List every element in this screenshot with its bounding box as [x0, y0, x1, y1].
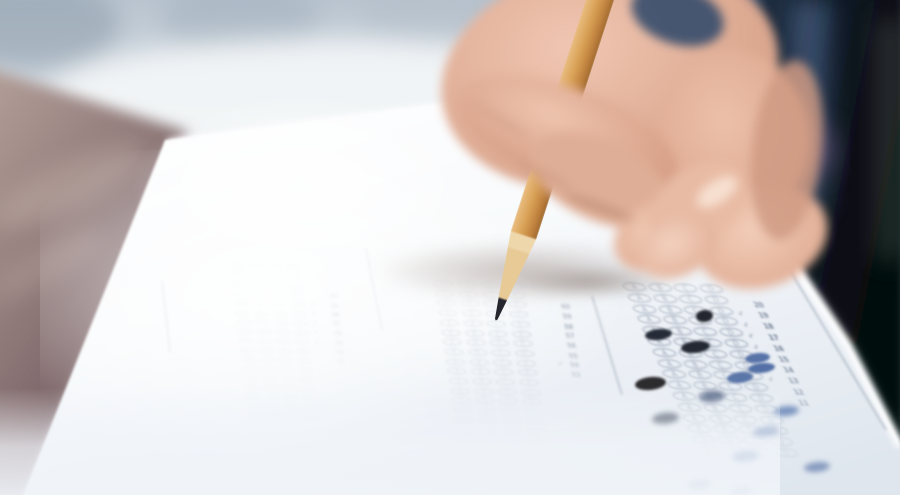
bubble-row: ABCD [435, 291, 530, 302]
bubble-row: ABCD [455, 418, 550, 429]
option-bubble: B [457, 281, 477, 288]
option-bubble: D [298, 376, 314, 382]
option-bubble: D [288, 292, 304, 298]
option-bubble: D [522, 398, 542, 405]
option-bubble: C [267, 273, 283, 279]
option-bubble: D [752, 404, 779, 414]
option-bubble: A [691, 435, 718, 445]
option-bubble: A [439, 319, 459, 326]
light-wash [300, 200, 630, 410]
option-bubble: A [236, 319, 252, 325]
option-bubble: A [230, 272, 246, 278]
option-bubble: A [436, 299, 456, 306]
option-bubble: C [722, 393, 749, 403]
option-bubble: A [676, 402, 703, 412]
option-bubble: B [661, 315, 688, 325]
option-bubble: D [772, 448, 799, 458]
light-wash [40, 150, 540, 480]
option-bubble: A [242, 366, 258, 372]
background-window-blur [0, 0, 610, 150]
bubble-row: ABCD [693, 440, 800, 454]
option-bubble: C [732, 414, 759, 424]
option-bubble: B [472, 378, 492, 385]
answer-sheet-grid: ABCDABCDABCDABCDABCD40ABCD✓39ABCD✓38ABCD… [0, 0, 900, 495]
desk-dark-surface [755, 0, 900, 468]
bubble-row: ABCD40 [233, 291, 308, 300]
filled-bubble-mark [695, 309, 713, 323]
bubble-row: ABCD [618, 276, 725, 290]
bubble-row: ABCD✓14 [658, 363, 765, 377]
bubble-row: ABCD34 [239, 347, 314, 356]
question-number: 33 [336, 357, 345, 365]
answer-sheet-paper [22, 100, 900, 495]
question-number: 59 [562, 313, 572, 321]
option-bubble: D [717, 328, 744, 338]
option-bubble: B [463, 319, 483, 326]
paper-printed-border [762, 224, 886, 430]
bubble-row: ABCD [242, 366, 317, 375]
option-bubble: D [290, 311, 306, 317]
option-bubble: C [717, 382, 744, 392]
option-bubble: C [283, 403, 299, 409]
bubble-row: ABCD53 [447, 369, 542, 380]
option-bubble: B [681, 359, 708, 369]
option-bubble: D [747, 393, 774, 403]
option-bubble: A [656, 359, 683, 369]
light-wash [130, 95, 470, 275]
filled-bubble-mark [773, 405, 800, 418]
option-bubble: B [250, 282, 266, 288]
option-bubble: C [480, 281, 500, 288]
check-mark: ✓ [766, 375, 776, 384]
question-number: 58 [563, 322, 573, 330]
option-bubble: D [303, 413, 319, 419]
question-number: 18 [762, 322, 776, 331]
bubble-row: ABCD59 [438, 311, 533, 322]
option-bubble: A [457, 436, 477, 443]
option-bubble: B [701, 403, 728, 413]
hand-back [423, 0, 798, 218]
option-bubble: D [291, 320, 307, 326]
option-bubble: D [285, 264, 301, 270]
option-bubble: D [508, 311, 528, 318]
option-bubble: B [476, 407, 496, 414]
bubble-row: ABCD [456, 428, 551, 439]
option-bubble: B [671, 337, 698, 347]
filled-bubble-mark [651, 411, 679, 425]
option-bubble: B [249, 273, 265, 279]
option-bubble: D [517, 369, 537, 376]
option-bubble: A [229, 263, 245, 269]
option-bubble: B [254, 319, 270, 325]
option-bubble: D [293, 329, 309, 335]
option-bubble: A [631, 304, 658, 314]
option-bubble: C [707, 360, 734, 370]
option-bubble: B [481, 436, 501, 443]
check-mark: ✓ [756, 353, 766, 362]
option-bubble: B [691, 381, 718, 391]
bubble-row: ABCD✓36 [237, 329, 312, 338]
option-bubble: B [461, 310, 481, 317]
option-bubble: D [286, 273, 302, 279]
bubble-row: ABCD [452, 399, 547, 410]
option-bubble: C [488, 330, 508, 337]
option-bubble: D [301, 394, 317, 400]
bubble-row: ABCD33 [241, 357, 316, 366]
option-bubble: D [767, 437, 794, 447]
option-bubble: B [666, 326, 693, 336]
option-bubble: D [297, 367, 313, 373]
option-bubble: D [514, 350, 534, 357]
option-bubble: B [716, 436, 743, 446]
option-bubble: D [520, 389, 540, 396]
filled-bubble-mark [726, 370, 753, 384]
option-bubble: D [732, 360, 759, 370]
option-bubble: C [692, 327, 719, 337]
option-bubble: D [289, 301, 305, 307]
option-bubble: C [702, 349, 729, 359]
bubble-row: ABCD✓54 [446, 360, 541, 371]
bubble-row: ABCD [623, 287, 730, 301]
bubble-row: ABCD [228, 254, 303, 263]
option-bubble: A [438, 309, 458, 316]
question-number: 14 [782, 365, 796, 374]
option-bubble: C [504, 437, 524, 444]
column-separator-line [162, 280, 170, 352]
option-bubble: D [516, 359, 536, 366]
option-bubble: B [256, 329, 272, 335]
option-bubble: C [687, 316, 714, 326]
question-number: 15 [777, 354, 791, 363]
index-finger-middle [631, 144, 762, 267]
option-bubble: C [483, 300, 503, 307]
option-bubble: D [504, 282, 524, 289]
bubble-row: ABCD✓39 [234, 301, 309, 310]
thumb-lower [515, 112, 685, 248]
option-bubble: B [266, 412, 282, 418]
option-bubble: B [475, 397, 495, 404]
question-number: 11 [797, 398, 811, 407]
filled-bubble-mark [680, 340, 710, 355]
option-bubble: A [234, 300, 250, 306]
option-bubble: A [626, 293, 653, 303]
option-bubble: C [697, 338, 724, 348]
option-bubble: D [697, 284, 724, 294]
filled-bubble-mark [634, 375, 666, 391]
filled-bubble-mark [687, 479, 712, 491]
option-bubble: A [237, 328, 253, 334]
option-bubble: A [621, 282, 648, 292]
bubble-row: ABCD [434, 282, 529, 293]
desk-left-surface [0, 62, 188, 495]
option-bubble: C [677, 294, 704, 304]
option-bubble: A [454, 416, 474, 423]
option-bubble: B [253, 310, 269, 316]
option-bubble: A [241, 356, 257, 362]
thumb-tip [602, 184, 717, 286]
option-bubble: A [235, 310, 251, 316]
option-bubble: A [246, 403, 262, 409]
option-bubble: D [526, 428, 546, 435]
filled-bubble-mark [744, 352, 770, 365]
bubble-row: ABCD [246, 403, 321, 412]
option-bubble: A [651, 348, 678, 358]
option-bubble: C [278, 357, 294, 363]
option-bubble: D [712, 317, 739, 327]
option-bubble: A [244, 384, 260, 390]
question-number: 37 [332, 320, 341, 328]
sleeve-and-chair-blur [500, 0, 845, 130]
option-bubble: B [676, 348, 703, 358]
check-mark: ✓ [746, 331, 756, 340]
bubble-row: ABCD56 [443, 340, 538, 351]
option-bubble: D [707, 306, 734, 316]
option-bubble: A [239, 347, 255, 353]
filled-bubble-mark [644, 327, 672, 341]
curled-fingers [682, 169, 841, 306]
light-wash [0, 388, 780, 495]
option-bubble: B [464, 329, 484, 336]
option-bubble: B [257, 338, 273, 344]
question-number: 57 [565, 332, 575, 340]
option-bubble: B [651, 294, 678, 304]
option-bubble: C [282, 394, 298, 400]
hand-shadow [370, 240, 670, 302]
option-bubble: B [265, 403, 281, 409]
question-number: 12 [792, 387, 806, 396]
option-bubble: D [510, 320, 530, 327]
bubble-row: ABCD [678, 407, 785, 421]
option-bubble: B [469, 358, 489, 365]
bubble-row: ABCD✓17 [643, 331, 750, 345]
option-bubble: A [233, 291, 249, 297]
check-mark: ✓ [309, 300, 315, 308]
option-bubble: A [686, 424, 713, 434]
question-number: 39 [330, 301, 339, 309]
column-separator-line [366, 248, 382, 330]
bubble-row: ABCD58 [440, 321, 535, 332]
bubble-row: ABCD57 [441, 330, 536, 341]
option-bubble: A [444, 348, 464, 355]
check-mark: ✓ [311, 309, 317, 317]
background-sky [0, 0, 900, 495]
question-number: 55 [568, 351, 578, 359]
check-mark: ✓ [314, 337, 320, 345]
filled-marks [0, 0, 900, 495]
question-number: 20 [752, 300, 766, 309]
filled-bubble-mark [731, 449, 759, 463]
option-bubble: C [284, 413, 300, 419]
option-bubble: B [460, 300, 480, 307]
option-bubble: D [299, 385, 315, 391]
bubble-row: ABCD [230, 273, 305, 282]
bubble-row: ABCD✓38 [235, 310, 310, 319]
bubble-row: ABCD12 [668, 385, 775, 399]
option-bubble: C [497, 388, 517, 395]
option-bubble: D [513, 340, 533, 347]
filled-bubble-mark [747, 362, 775, 375]
sleeve-gap [623, 0, 731, 57]
bubble-row: ABCD✓13 [663, 374, 770, 388]
option-bubble: B [721, 447, 748, 457]
option-bubble: B [479, 427, 499, 434]
filled-bubble-mark [698, 389, 725, 403]
option-bubble: C [489, 339, 509, 346]
column-separator-line [592, 296, 622, 395]
paper-edge-highlight [470, 102, 900, 446]
option-bubble: B [248, 263, 264, 269]
option-bubble: C [274, 329, 290, 335]
option-bubble: D [727, 349, 754, 359]
option-bubble: B [258, 347, 274, 353]
bubble-row: ABCD✓15 [653, 352, 760, 366]
option-bubble: B [711, 425, 738, 435]
option-bubble: D [737, 371, 764, 381]
thumb [443, 52, 692, 220]
option-bubble: B [656, 305, 683, 315]
option-bubble: A [456, 426, 476, 433]
option-bubble: C [482, 291, 502, 298]
option-bubble: D [511, 330, 531, 337]
option-bubble: C [275, 338, 291, 344]
option-bubble: B [251, 291, 267, 297]
option-bubble: B [252, 301, 268, 307]
option-bubble: C [727, 403, 754, 413]
option-bubble: C [271, 301, 287, 307]
filled-bubble-mark [804, 461, 831, 474]
bubble-row: ABCD [450, 389, 545, 400]
option-bubble: A [247, 412, 263, 418]
question-number: 19 [757, 311, 771, 320]
option-bubble: D [507, 301, 527, 308]
option-bubble: B [470, 368, 490, 375]
option-bubble: B [458, 290, 478, 297]
pencil [483, 0, 617, 325]
question-number: 16 [772, 344, 786, 353]
option-bubble: C [272, 310, 288, 316]
option-bubble: A [442, 338, 462, 345]
option-bubble: C [276, 348, 292, 354]
bubble-row: ABCD [688, 429, 795, 443]
finger-crease [563, 190, 637, 224]
check-mark: ✓ [313, 328, 319, 336]
question-number: 53 [571, 371, 581, 379]
question-number: 17 [767, 333, 781, 342]
photo-scene: ABCDABCDABCDABCDABCD40ABCD✓39ABCD✓38ABCD… [0, 0, 900, 495]
option-bubble: C [494, 369, 514, 376]
question-number: 56 [566, 342, 576, 350]
option-bubble: D [519, 379, 539, 386]
option-bubble: A [636, 315, 663, 325]
question-number: 35 [334, 339, 343, 347]
option-bubble: A [433, 280, 453, 287]
bubble-row: ABCD [229, 263, 304, 272]
hand-front [0, 0, 900, 495]
check-mark: ✓ [557, 360, 564, 368]
option-bubble: D [287, 283, 303, 289]
index-finger-knuckle [641, 33, 830, 236]
option-bubble: A [447, 368, 467, 375]
option-bubble: C [742, 436, 769, 446]
question-number: 54 [569, 361, 579, 369]
option-bubble: C [501, 417, 521, 424]
question-number: 34 [335, 348, 344, 356]
option-bubble: A [681, 413, 708, 423]
question-number: 38 [331, 311, 340, 319]
bubble-row: ABCD✓19 [633, 309, 740, 323]
option-bubble: C [747, 447, 774, 457]
bubble-row: ABCD60 [437, 301, 532, 312]
option-bubble: C [279, 366, 295, 372]
option-bubble: C [266, 264, 282, 270]
option-bubble: A [453, 407, 473, 414]
bubble-row: ABCD [453, 408, 548, 419]
option-bubble: A [451, 397, 471, 404]
index-finger-tip [628, 203, 727, 290]
option-bubble: A [435, 290, 455, 297]
bubble-row: ABCD✓35 [238, 338, 313, 347]
option-bubble: D [702, 295, 729, 305]
option-bubble: D [523, 408, 543, 415]
check-mark: ✓ [751, 342, 761, 351]
bubble-row: ABCD [243, 375, 318, 384]
bubble-row: ABCD✓16 [648, 342, 755, 356]
option-bubble: B [467, 349, 487, 356]
option-bubble: B [262, 385, 278, 391]
option-bubble: A [450, 387, 470, 394]
option-bubble: A [671, 391, 698, 401]
option-bubble: D [528, 437, 548, 444]
option-bubble: B [473, 388, 493, 395]
bubble-row: ABCD [683, 418, 790, 432]
option-bubble: D [295, 348, 311, 354]
bubble-row: ABCD [432, 272, 527, 283]
option-bubble: C [492, 359, 512, 366]
option-bubble: C [281, 385, 297, 391]
option-bubble: C [495, 378, 515, 385]
option-bubble: A [448, 377, 468, 384]
option-bubble: C [491, 349, 511, 356]
bubble-row: ABCD✓37 [236, 319, 311, 328]
option-bubble: D [505, 291, 525, 298]
bubble-row: ABCD [231, 282, 306, 291]
option-bubble: D [762, 426, 789, 436]
check-mark: ✓ [312, 319, 318, 327]
option-bubble: A [661, 369, 688, 379]
finger-crease [516, 158, 573, 191]
option-bubble: D [296, 357, 312, 363]
option-bubble: A [696, 446, 723, 456]
option-bubble: B [466, 339, 486, 346]
option-bubble: B [696, 392, 723, 402]
option-bubble: D [722, 339, 749, 349]
option-bubble: C [682, 305, 709, 315]
option-bubble: C [737, 425, 764, 435]
option-bubble: A [243, 375, 259, 381]
question-number: 40 [328, 292, 337, 300]
bubble-row: ABCD [245, 394, 320, 403]
check-mark: ✓ [736, 309, 746, 318]
option-bubble: A [445, 358, 465, 365]
option-bubble: B [686, 370, 713, 380]
option-bubble: C [712, 371, 739, 381]
option-bubble: C [498, 398, 518, 405]
bubble-row: ABCD20 [628, 298, 735, 312]
option-bubble: B [264, 394, 280, 400]
option-bubble: B [646, 283, 673, 293]
option-bubble: C [270, 292, 286, 298]
option-bubble: D [742, 382, 769, 392]
